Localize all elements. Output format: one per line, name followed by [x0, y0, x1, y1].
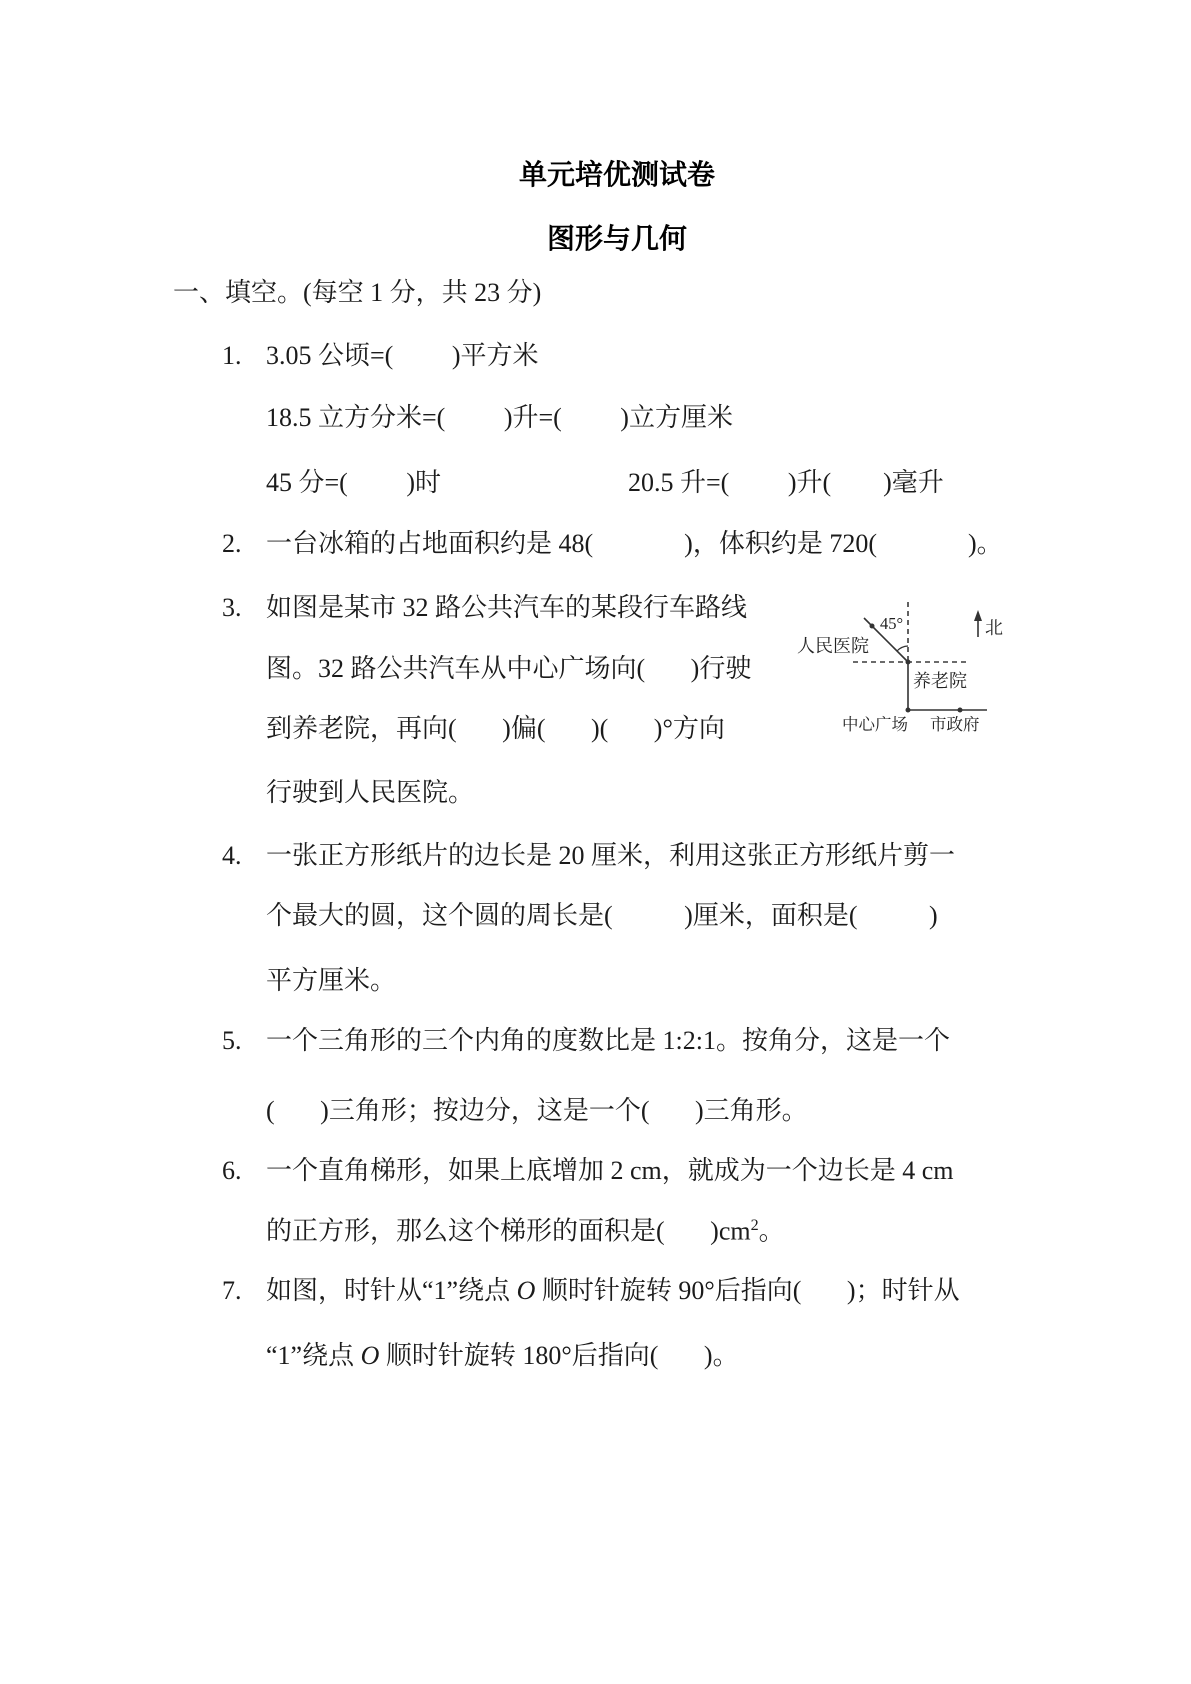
question-1-line-1: 1.3.05 公顷=( )平方米: [222, 341, 538, 372]
route-diagram: 45° 北 人民医院 养老院 中心广场 市政府: [795, 593, 1010, 743]
nursing-home-label: 养老院: [913, 671, 967, 691]
north-label: 北: [985, 618, 1003, 638]
question-3-line-3: 到养老院，再向( )偏( )( )°方向: [266, 714, 725, 745]
question-3-line-4: 行驶到人民医院。: [266, 778, 474, 809]
question-4-line-3: 平方厘米。: [266, 966, 396, 997]
question-7-line2-a: “1”绕点: [266, 1341, 361, 1370]
question-7-line2-point-o: O: [361, 1341, 380, 1370]
question-7-line-1: 7.如图，时针从“1”绕点 O 顺时针旋转 90°后指向( )；时针从: [222, 1276, 960, 1307]
page-title: 单元培优测试卷: [519, 153, 715, 193]
question-1-line-3-left: 45 分=( )时: [266, 468, 441, 499]
question-5-text: 一个三角形的三个内角的度数比是 1:2:1。按角分，这是一个: [266, 1026, 950, 1055]
government-label: 市政府: [930, 715, 980, 734]
question-4-line-1: 4.一张正方形纸片的边长是 20 厘米，利用这张正方形纸片剪一: [222, 841, 955, 872]
question-5-line-1: 5.一个三角形的三个内角的度数比是 1:2:1。按角分，这是一个: [222, 1026, 950, 1057]
section-heading: 一、填空。(每空 1 分，共 23 分): [173, 278, 541, 309]
question-6-text-pre: 的正方形，那么这个梯形的面积是( )cm: [266, 1217, 751, 1246]
question-1-number: 1.: [222, 341, 266, 372]
question-7-point-o: O: [517, 1276, 536, 1305]
question-7-text-a: 如图，时针从“1”绕点: [266, 1276, 517, 1305]
question-5-line-2: ( )三角形；按边分，这是一个( )三角形。: [266, 1096, 808, 1127]
question-6-superscript: 2: [751, 1217, 759, 1234]
question-2-text: 一台冰箱的占地面积约是 48( )，体积约是 720( )。: [266, 529, 1003, 558]
nursing-home-point: [906, 660, 911, 665]
question-7-line2-b: 顺时针旋转 180°后指向( )。: [379, 1341, 738, 1370]
question-1-line-2: 18.5 立方分米=( )升=( )立方厘米: [266, 403, 733, 434]
question-4-number: 4.: [222, 841, 266, 872]
question-6-number: 6.: [222, 1156, 266, 1187]
government-point: [958, 708, 963, 713]
question-2-number: 2.: [222, 529, 266, 560]
angle-arc: [897, 646, 908, 651]
question-1-line-3-right: 20.5 升=( )升( )毫升: [628, 468, 944, 499]
worksheet-page: 单元培优测试卷 图形与几何 一、填空。(每空 1 分，共 23 分) 1.3.0…: [0, 0, 1191, 1684]
question-7-line-2: “1”绕点 O 顺时针旋转 180°后指向( )。: [266, 1341, 739, 1372]
question-3-text: 如图是某市 32 路公共汽车的某段行车路线: [266, 593, 747, 622]
hospital-point: [870, 624, 875, 629]
question-3-number: 3.: [222, 593, 266, 624]
plaza-point: [906, 708, 911, 713]
hospital-label: 人民医院: [797, 636, 869, 656]
north-arrow-head-icon: [974, 610, 982, 621]
question-3-line-1: 3.如图是某市 32 路公共汽车的某段行车路线: [222, 593, 747, 624]
plaza-label: 中心广场: [842, 715, 908, 734]
question-5-number: 5.: [222, 1026, 266, 1057]
question-6-text-post: 。: [759, 1217, 785, 1246]
question-4-text: 一张正方形纸片的边长是 20 厘米，利用这张正方形纸片剪一: [266, 841, 955, 870]
question-6-line-2: 的正方形，那么这个梯形的面积是( )cm2。: [266, 1216, 785, 1247]
question-2-line-1: 2.一台冰箱的占地面积约是 48( )，体积约是 720( )。: [222, 529, 1003, 560]
question-7-number: 7.: [222, 1276, 266, 1307]
question-6-text: 一个直角梯形，如果上底增加 2 cm，就成为一个边长是 4 cm: [266, 1156, 954, 1185]
question-4-line-2: 个最大的圆，这个圆的周长是( )厘米，面积是( ): [266, 901, 938, 932]
question-7-text-b: 顺时针旋转 90°后指向( )；时针从: [535, 1276, 959, 1305]
page-subtitle: 图形与几何: [547, 217, 687, 257]
question-6-line-1: 6.一个直角梯形，如果上底增加 2 cm，就成为一个边长是 4 cm: [222, 1156, 954, 1187]
question-1-text: 3.05 公顷=( )平方米: [266, 341, 538, 370]
angle-label: 45°: [880, 614, 903, 633]
question-3-line-2: 图。32 路公共汽车从中心广场向( )行驶: [266, 654, 751, 685]
